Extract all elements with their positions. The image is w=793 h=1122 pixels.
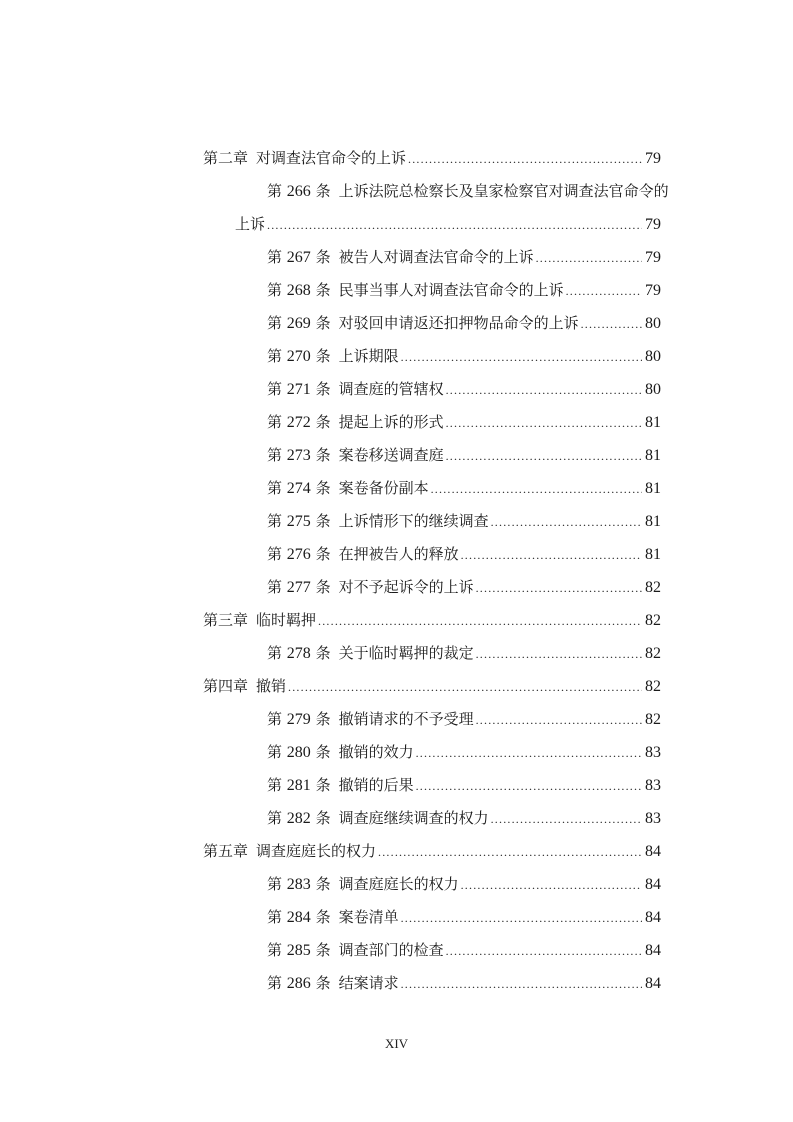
toc-article-row[interactable]: 第 275 条上诉情形下的继续调查 81 xyxy=(267,509,661,533)
toc-page-number: 83 xyxy=(645,774,661,798)
leader-dots xyxy=(461,873,642,897)
toc-chapter-row[interactable]: 第三章临时羁押 82 xyxy=(203,608,661,632)
toc-article-label: 第 269 条对驳回申请返还扣押物品命令的上诉 xyxy=(267,311,579,336)
toc-article-row[interactable]: 第 284 条案卷清单 84 xyxy=(267,905,661,929)
toc-article-label: 第 278 条关于临时羁押的裁定 xyxy=(267,641,474,666)
leader-dots xyxy=(491,510,642,534)
toc-page-number: 81 xyxy=(645,477,661,501)
toc-article-row[interactable]: 第 278 条关于临时羁押的裁定 82 xyxy=(267,641,661,665)
toc-article-label: 第 268 条民事当事人对调查法官命令的上诉 xyxy=(267,278,564,303)
leader-dots xyxy=(566,279,642,303)
page-footer-number: XIV xyxy=(0,1036,793,1052)
toc-page-number: 80 xyxy=(645,312,661,336)
toc-page-number: 79 xyxy=(645,246,661,270)
toc-page-number: 82 xyxy=(645,642,661,666)
toc-article-row[interactable]: 第 268 条民事当事人对调查法官命令的上诉 79 xyxy=(267,278,661,302)
leader-dots xyxy=(446,411,642,435)
leader-dots xyxy=(536,246,642,270)
toc-article-label: 第 275 条上诉情形下的继续调查 xyxy=(267,509,489,534)
toc-article-label: 第 284 条案卷清单 xyxy=(267,905,399,930)
leader-dots xyxy=(408,147,642,171)
toc-chapter-label: 第二章对调查法官命令的上诉 xyxy=(203,146,406,170)
toc-page-number: 81 xyxy=(645,444,661,468)
toc-article-row[interactable]: 第 271 条调查庭的管辖权 80 xyxy=(267,377,661,401)
toc-article-row[interactable]: 第 285 条调查部门的检查 84 xyxy=(267,938,661,962)
toc-page-number: 83 xyxy=(645,741,661,765)
leader-dots xyxy=(401,972,642,996)
leader-dots xyxy=(476,708,642,732)
toc-article-row[interactable]: 第 281 条撤销的后果 83 xyxy=(267,773,661,797)
leader-dots xyxy=(378,840,642,864)
leader-dots xyxy=(461,543,642,567)
toc-page-number: 84 xyxy=(645,873,661,897)
toc-article-label: 第 276 条在押被告人的释放 xyxy=(267,542,459,567)
leader-dots xyxy=(581,312,642,336)
toc-article-row[interactable]: 第 282 条调查庭继续调查的权力 83 xyxy=(267,806,661,830)
leader-dots xyxy=(416,774,642,798)
toc-article-label: 第 281 条撤销的后果 xyxy=(267,773,414,798)
toc-article-row[interactable]: 第 286 条结案请求 84 xyxy=(267,971,661,995)
toc-article-row[interactable]: 第 277 条对不予起诉令的上诉 82 xyxy=(267,575,661,599)
leader-dots xyxy=(267,213,642,237)
toc-article-row[interactable]: 第 266 条上诉法院总检察长及皇家检察官对调查法官命令的 xyxy=(267,179,727,203)
toc-article-label: 第 272 条提起上诉的形式 xyxy=(267,410,444,435)
toc-page-number: 81 xyxy=(645,510,661,534)
toc-article-continuation: 上诉 xyxy=(235,212,265,236)
toc-article-row[interactable]: 第 280 条撤销的效力 83 xyxy=(267,740,661,764)
toc-page-number: 79 xyxy=(645,279,661,303)
toc-page-number: 80 xyxy=(645,378,661,402)
toc-article-row[interactable]: 第 283 条调查庭庭长的权力 84 xyxy=(267,872,661,896)
toc-article-label: 第 273 条案卷移送调查庭 xyxy=(267,443,444,468)
leader-dots xyxy=(401,345,642,369)
toc-article-label: 第 277 条对不予起诉令的上诉 xyxy=(267,575,474,600)
toc-article-label: 第 285 条调查部门的检查 xyxy=(267,938,444,963)
leader-dots xyxy=(288,675,642,699)
toc-page-number: 84 xyxy=(645,906,661,930)
toc-article-label: 第 266 条上诉法院总检察长及皇家检察官对调查法官命令的 xyxy=(267,179,669,204)
toc-article-label: 第 267 条被告人对调查法官命令的上诉 xyxy=(267,245,534,270)
leader-dots xyxy=(476,576,642,600)
leader-dots xyxy=(446,444,642,468)
leader-dots xyxy=(416,741,642,765)
toc-page-number: 79 xyxy=(645,147,661,171)
toc-article-label: 第 270 条上诉期限 xyxy=(267,344,399,369)
leader-dots xyxy=(476,642,642,666)
toc-chapter-row[interactable]: 第二章对调查法官命令的上诉 79 xyxy=(203,146,661,170)
toc-page-number: 84 xyxy=(645,840,661,864)
toc-article-row[interactable]: 第 270 条上诉期限 80 xyxy=(267,344,661,368)
toc-article-label: 第 283 条调查庭庭长的权力 xyxy=(267,872,459,897)
toc-page-number: 84 xyxy=(645,939,661,963)
toc-article-continuation-row[interactable]: 上诉 79 xyxy=(235,212,661,236)
toc-article-row[interactable]: 第 276 条在押被告人的释放 81 xyxy=(267,542,661,566)
leader-dots xyxy=(446,378,642,402)
toc-article-row[interactable]: 第 269 条对驳回申请返还扣押物品命令的上诉 80 xyxy=(267,311,661,335)
toc-page-number: 81 xyxy=(645,543,661,567)
toc-article-row[interactable]: 第 279 条撤销请求的不予受理 82 xyxy=(267,707,661,731)
toc-page-number: 83 xyxy=(645,807,661,831)
toc-article-label: 第 271 条调查庭的管辖权 xyxy=(267,377,444,402)
leader-dots xyxy=(401,906,642,930)
toc-chapter-label: 第三章临时羁押 xyxy=(203,608,316,632)
toc-article-label: 第 286 条结案请求 xyxy=(267,971,399,996)
toc-chapter-row[interactable]: 第四章撤销 82 xyxy=(203,674,661,698)
leader-dots xyxy=(431,477,642,501)
toc-article-row[interactable]: 第 267 条被告人对调查法官命令的上诉 79 xyxy=(267,245,661,269)
leader-dots xyxy=(446,939,642,963)
toc-article-label: 第 279 条撤销请求的不予受理 xyxy=(267,707,474,732)
toc-article-row[interactable]: 第 272 条提起上诉的形式 81 xyxy=(267,410,661,434)
toc-chapter-label: 第五章调查庭庭长的权力 xyxy=(203,839,376,863)
toc-page-number: 84 xyxy=(645,972,661,996)
toc-page-number: 82 xyxy=(645,675,661,699)
toc-chapter-label: 第四章撤销 xyxy=(203,674,286,698)
toc-page-number: 80 xyxy=(645,345,661,369)
leader-dots xyxy=(491,807,642,831)
toc-page-number: 79 xyxy=(645,213,661,237)
toc-page-number: 82 xyxy=(645,609,661,633)
toc-page-number: 82 xyxy=(645,708,661,732)
toc-chapter-row[interactable]: 第五章调查庭庭长的权力 84 xyxy=(203,839,661,863)
toc-article-row[interactable]: 第 273 条案卷移送调查庭 81 xyxy=(267,443,661,467)
toc-page-number: 82 xyxy=(645,576,661,600)
toc-article-row[interactable]: 第 274 条案卷备份副本 81 xyxy=(267,476,661,500)
toc-article-label: 第 280 条撤销的效力 xyxy=(267,740,414,765)
toc-page-number: 81 xyxy=(645,411,661,435)
toc-article-label: 第 282 条调查庭继续调查的权力 xyxy=(267,806,489,831)
toc-article-label: 第 274 条案卷备份副本 xyxy=(267,476,429,501)
leader-dots xyxy=(318,609,642,633)
